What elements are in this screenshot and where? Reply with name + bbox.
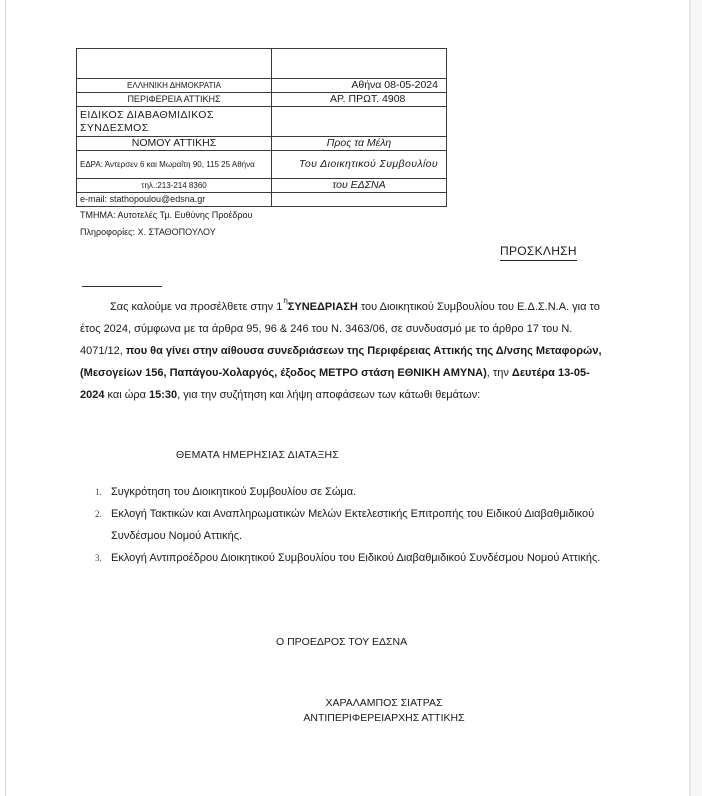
letterhead-cell bbox=[272, 193, 447, 207]
letterhead-row: ΝΟΜΟΥ ΑΤΤΙΚΗΣ Προς τα Μέλη bbox=[77, 137, 447, 151]
letterhead-cell bbox=[77, 49, 272, 79]
agenda-list: 1. Συγκρότηση του Διοικητικού Συμβουλίου… bbox=[80, 481, 605, 569]
body-text: , για την συζήτηση και λήψη αποφάσεων τω… bbox=[177, 389, 480, 401]
protocol-number: ΑΡ. ΠΡΩΤ. 4908 bbox=[272, 93, 447, 107]
email-label: e-mail: stathopoulou@edsna.gr bbox=[77, 193, 272, 207]
recipient-line-2: Του Διοικητικού Συμβουλίου bbox=[272, 151, 447, 179]
letterhead-table: ΕΛΛΗΝΙΚΗ ΔΗΜΟΚΡΑΤΙΑ Αθήνα 08-05-2024 ΠΕΡ… bbox=[76, 48, 447, 207]
agenda-item: 1. Συγκρότηση του Διοικητικού Συμβουλίου… bbox=[80, 481, 605, 503]
date-label: Αθήνα 08-05-2024 bbox=[272, 79, 447, 93]
agenda-item: 3. Εκλογή Αντιπροέδρου Διοικητικού Συμβο… bbox=[80, 547, 605, 569]
department-line: ΤΜΗΜΑ: Αυτοτελές Τμ. Ευθύνης Προέδρου bbox=[80, 210, 252, 220]
meeting-label: ΣΥΝΕΔΡΙΑΣΗ bbox=[288, 301, 358, 313]
letterhead-cell bbox=[272, 107, 447, 137]
letterhead-row: e-mail: stathopoulou@edsna.gr bbox=[77, 193, 447, 207]
signatory-position: ΑΝΤΙΠΕΡΙΦΕΡΕΙΑΡΧΗΣ ΑΤΤΙΚΗΣ bbox=[33, 711, 702, 726]
body-text: Σας καλούμε να προσέλθετε στην 1 bbox=[110, 301, 282, 313]
signatory-role: Ο ΠΡΟΕΔΡΟΣ ΤΟΥ ΕΔΣΝΑ bbox=[276, 636, 407, 648]
letterhead-row: ΕΙΔΙΚΟΣ ΔΙΑΒΑΘΜΙΔΙΚΟΣ ΣΥΝΔΕΣΜΟΣ bbox=[77, 107, 447, 137]
agenda-item-text: Συγκρότηση του Διοικητικού Συμβουλίου σε… bbox=[111, 486, 356, 498]
region-label: ΠΕΡΙΦΕΡΕΙΑ ΑΤΤΙΚΗΣ bbox=[77, 93, 272, 107]
signature-block: ΧΑΡΑΛΑΜΠΟΣ ΣΙΑΤΡΑΣ ΑΝΤΙΠΕΡΙΦΕΡΕΙΑΡΧΗΣ ΑΤ… bbox=[0, 696, 702, 726]
letterhead-row: ΕΛΛΗΝΙΚΗ ΔΗΜΟΚΡΑΤΙΑ Αθήνα 08-05-2024 bbox=[77, 79, 447, 93]
phone-label: τηλ.:213-214 8360 bbox=[77, 179, 272, 193]
letterhead-row: τηλ.:213-214 8360 του ΕΔΣΝΑ bbox=[77, 179, 447, 193]
info-line: Πληροφορίες: Χ. ΣΤΑΘΟΠΟΥΛΟΥ bbox=[80, 227, 216, 237]
agenda-title: ΘΕΜΑΤΑ ΗΜΕΡΗΣΙΑΣ ΔΙΑΤΑΞΗΣ bbox=[176, 449, 339, 461]
document-title: ΠΡΟΣΚΛΗΣΗ bbox=[500, 244, 577, 261]
body-text: και ώρα bbox=[104, 389, 149, 401]
agenda-item: 2. Εκλογή Τακτικών και Αναπληρωματικών Μ… bbox=[80, 503, 605, 547]
letterhead-cell bbox=[272, 49, 447, 79]
letterhead-row-blank bbox=[77, 49, 447, 79]
address-label: ΕΔΡΑ: Άντερσεν 6 και Μωραΐτη 90, 115 25 … bbox=[77, 151, 272, 179]
organization-name: ΕΙΔΙΚΟΣ ΔΙΑΒΑΘΜΙΔΙΚΟΣ ΣΥΝΔΕΣΜΟΣ bbox=[77, 107, 272, 137]
invitation-paragraph: Σας καλούμε να προσέλθετε στην 1ηΣΥΝΕΔΡΙ… bbox=[80, 290, 605, 406]
letterhead-row: ΠΕΡΙΦΕΡΕΙΑ ΑΤΤΙΚΗΣ ΑΡ. ΠΡΩΤ. 4908 bbox=[77, 93, 447, 107]
agenda-item-number: 3. bbox=[95, 547, 102, 569]
agenda-item-number: 1. bbox=[95, 481, 102, 503]
agenda-item-text: Εκλογή Αντιπροέδρου Διοικητικού Συμβουλί… bbox=[111, 552, 600, 564]
republic-label: ΕΛΛΗΝΙΚΗ ΔΗΜΟΚΡΑΤΙΑ bbox=[77, 79, 272, 93]
page-shadow bbox=[691, 0, 702, 796]
recipient-line-3: του ΕΔΣΝΑ bbox=[272, 179, 447, 193]
body-text: , την bbox=[487, 367, 512, 379]
page-border-left bbox=[5, 0, 6, 796]
agenda-item-number: 2. bbox=[95, 503, 102, 525]
divider-line bbox=[82, 286, 162, 287]
letterhead-row: ΕΔΡΑ: Άντερσεν 6 και Μωραΐτη 90, 115 25 … bbox=[77, 151, 447, 179]
signatory-name: ΧΑΡΑΛΑΜΠΟΣ ΣΙΑΤΡΑΣ bbox=[33, 696, 702, 711]
meeting-time: 15:30 bbox=[149, 389, 177, 401]
prefecture-label: ΝΟΜΟΥ ΑΤΤΙΚΗΣ bbox=[77, 137, 272, 151]
recipient-line-1: Προς τα Μέλη bbox=[272, 137, 447, 151]
agenda-item-text: Εκλογή Τακτικών και Αναπληρωματικών Μελώ… bbox=[111, 508, 594, 542]
